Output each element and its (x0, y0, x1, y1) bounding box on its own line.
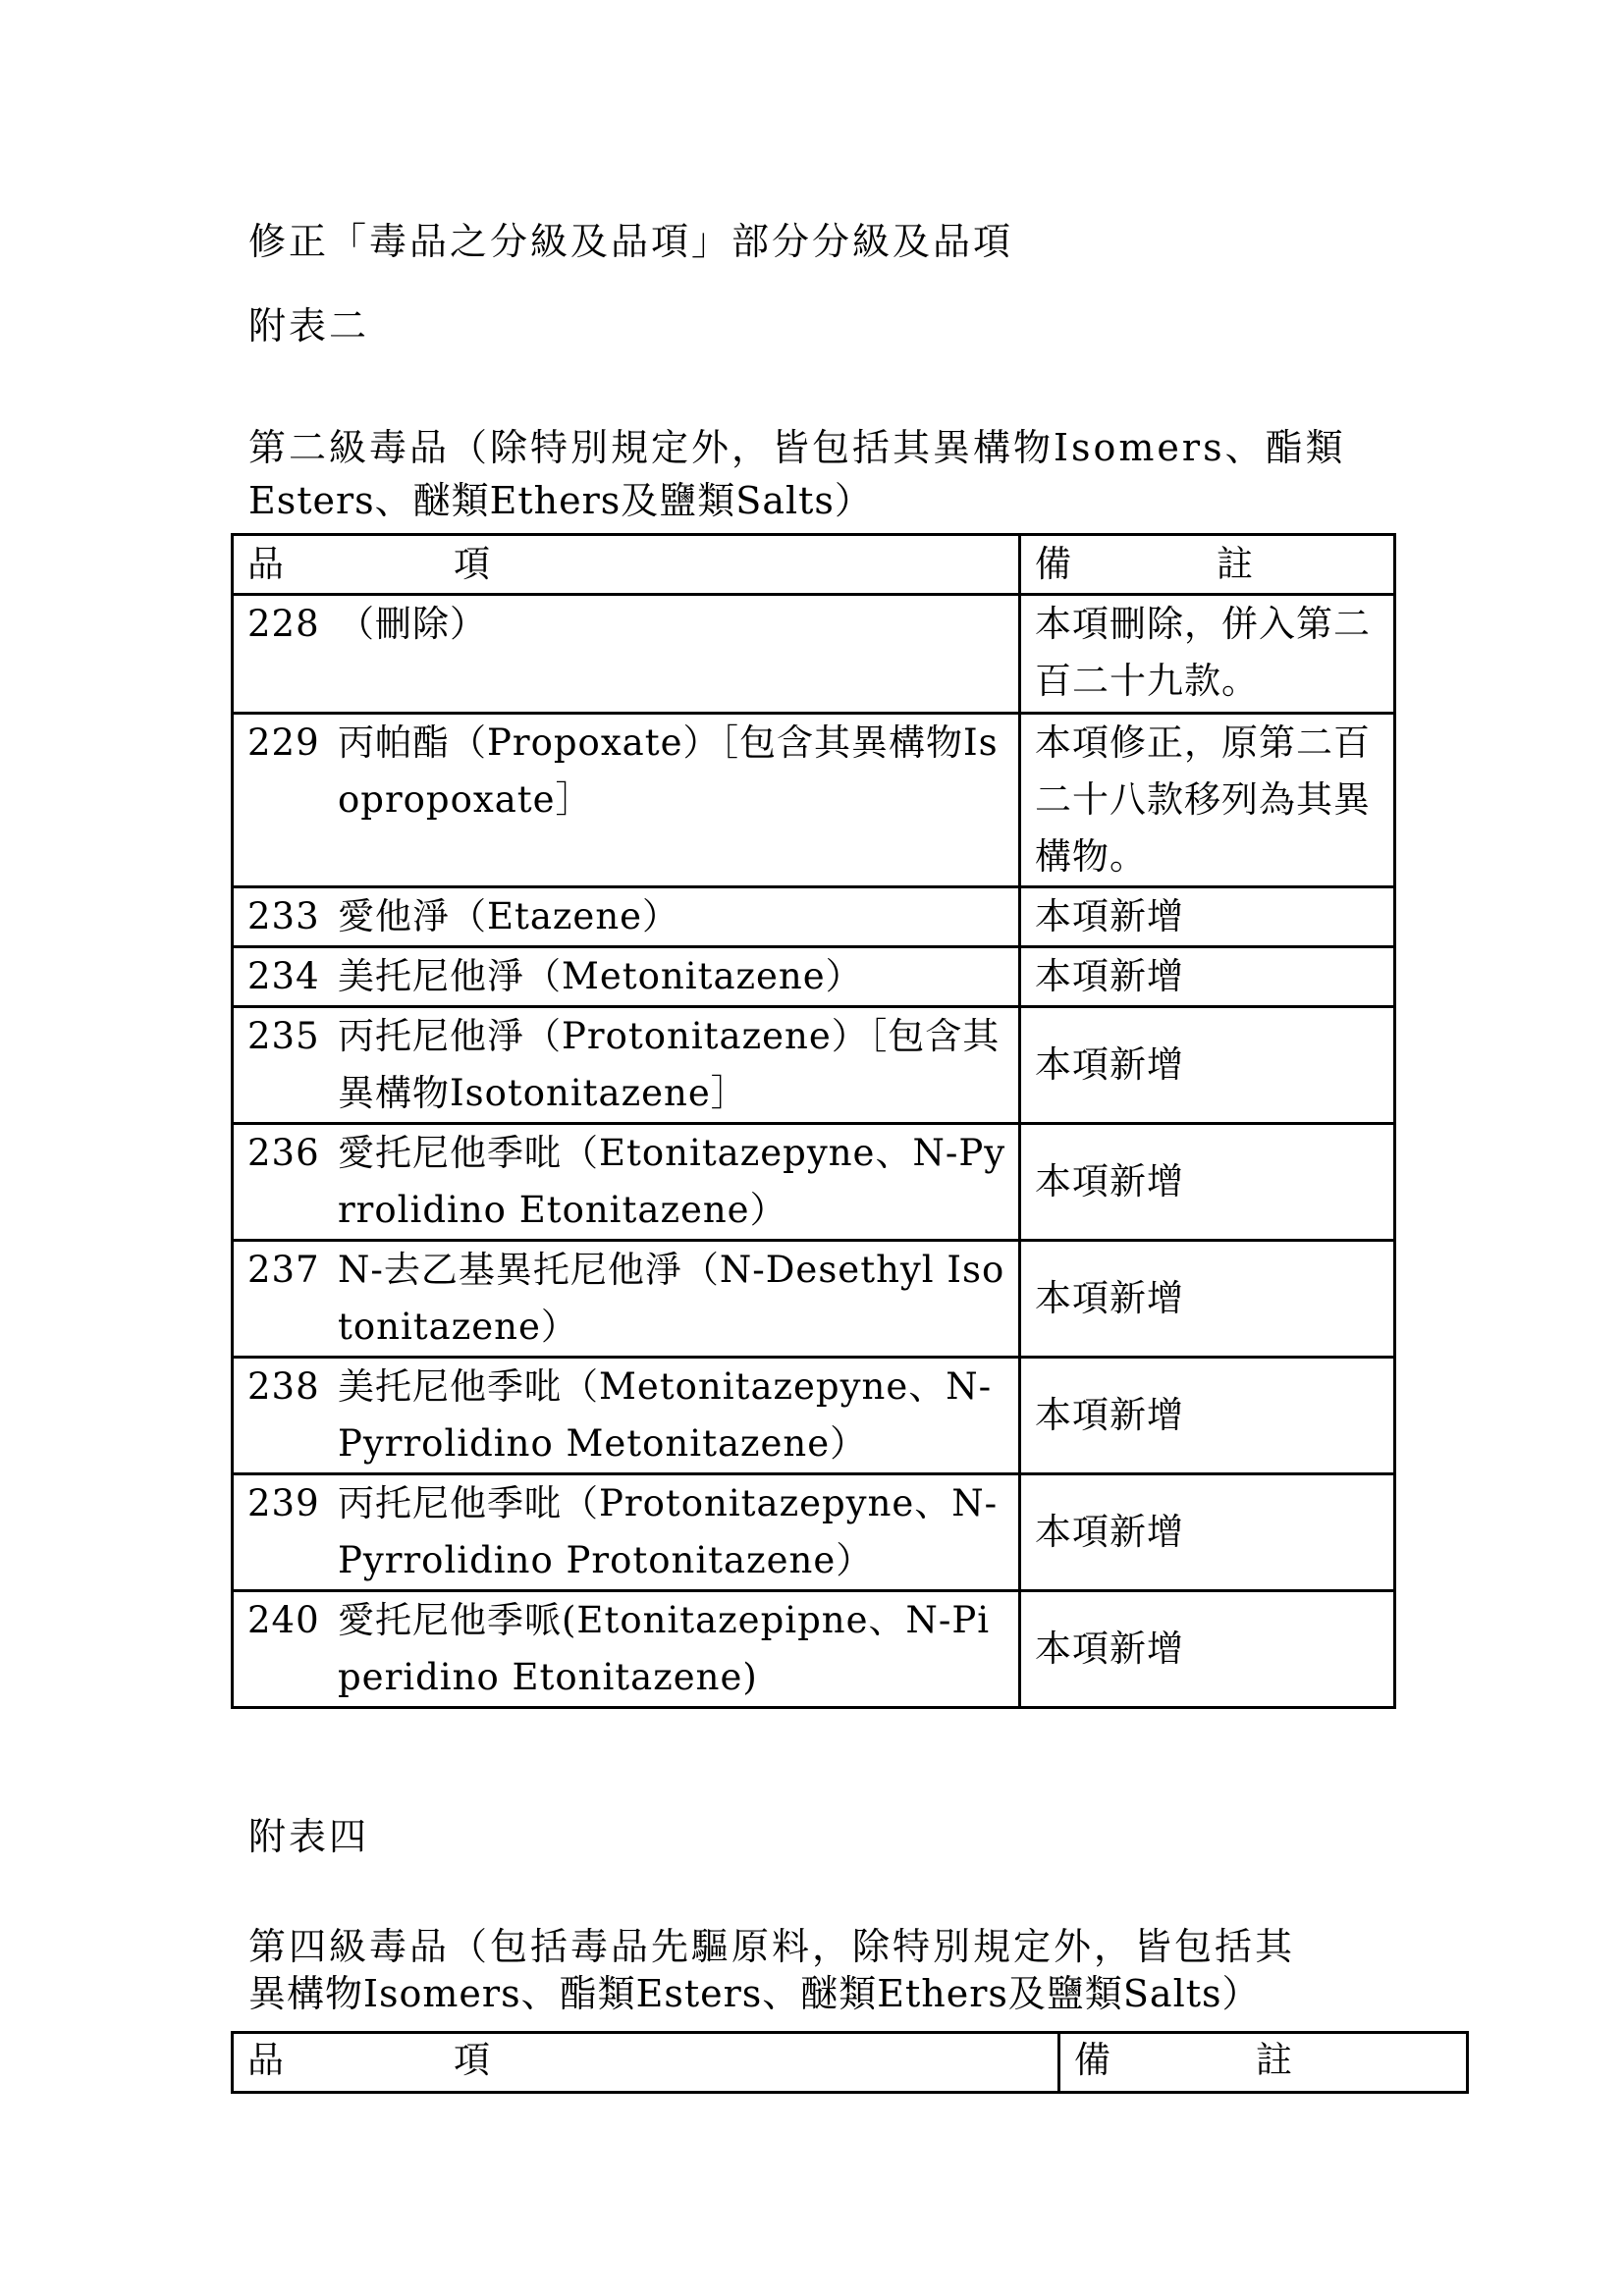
remark-header-char-2: 註 (1256, 2034, 1293, 2087)
remark-header-cell: 備 註 (1059, 2033, 1468, 2093)
remark-text: 本項新增 (1035, 1511, 1184, 1553)
remark-cell: 本項新增 (1020, 1007, 1395, 1124)
item-cell: 233 愛他淨（Etazene） (233, 887, 1020, 947)
item-number: 228 (247, 596, 338, 653)
appendix-4-table: 品 項 備 註 (231, 2031, 1469, 2094)
table-row: 238 美托尼他季吡（Metonitazepyne、N-Pyrrolidino … (233, 1358, 1395, 1474)
table-header-row: 品 項 備 註 (233, 535, 1395, 595)
appendix-2-label: 附表二 (248, 298, 369, 354)
remark-cell: 本項新增 (1020, 1241, 1395, 1358)
remark-header-cell: 備 註 (1020, 535, 1395, 595)
item-number: 233 (247, 888, 338, 945)
item-header-char-1: 品 (247, 2034, 454, 2087)
item-cell: 229 丙帕酯（Propoxate）［包含其異構物Isopropoxate］ (233, 714, 1020, 887)
item-number: 237 (247, 1242, 338, 1356)
remark-cell: 本項刪除，併入第二百二十九款。 (1020, 595, 1395, 714)
remark-text: 本項新增 (1035, 1628, 1184, 1670)
remark-header-char-2: 註 (1217, 536, 1254, 593)
remark-text: 本項修正，原第二百二十八款移列為其異構物。 (1035, 721, 1371, 878)
table-row: 228 （刪除） 本項刪除，併入第二百二十九款。 (233, 595, 1395, 714)
remark-text: 本項新增 (1035, 1394, 1184, 1436)
item-number: 234 (247, 948, 338, 1005)
table-header-row: 品 項 備 註 (233, 2033, 1468, 2093)
remark-cell: 本項新增 (1020, 947, 1395, 1007)
item-header-char-1: 品 (247, 536, 454, 593)
item-number: 238 (247, 1359, 338, 1472)
appendix-4-label: 附表四 (248, 1809, 369, 1865)
remark-text: 本項新增 (1035, 1277, 1184, 1319)
remark-cell: 本項新增 (1020, 1474, 1395, 1591)
table-row: 235 丙托尼他淨（Protonitazene）［包含其異構物Isotonita… (233, 1007, 1395, 1124)
table-row: 237 N-去乙基異托尼他淨（N-Desethyl Isotonitazene）… (233, 1241, 1395, 1358)
item-name: 丙托尼他淨（Protonitazene）［包含其異構物Isotonitazene… (338, 1008, 1008, 1122)
remark-cell: 本項新增 (1020, 1591, 1395, 1708)
remark-header-char-1: 備 (1074, 2034, 1256, 2087)
item-number: 229 (247, 715, 338, 828)
remark-text: 本項刪除，併入第二百二十九款。 (1035, 603, 1371, 702)
appendix-2-table: 品 項 備 註 228 （刪除） 本項刪除，併入第二百二十九款。 229 丙帕酯… (231, 533, 1396, 1709)
remark-cell: 本項新增 (1020, 1124, 1395, 1241)
remark-cell: 本項新增 (1020, 1358, 1395, 1474)
item-name: （刪除） (338, 596, 1008, 653)
item-name: 美托尼他淨（Metonitazene） (338, 948, 1008, 1005)
item-cell: 237 N-去乙基異托尼他淨（N-Desethyl Isotonitazene） (233, 1241, 1020, 1358)
item-number: 236 (247, 1125, 338, 1239)
item-name: 丙帕酯（Propoxate）［包含其異構物Isopropoxate］ (338, 715, 1008, 828)
table-row: 229 丙帕酯（Propoxate）［包含其異構物Isopropoxate］ 本… (233, 714, 1395, 887)
item-number: 235 (247, 1008, 338, 1122)
document-title: 修正「毒品之分級及品項」部分分級及品項 (248, 214, 1013, 270)
remark-text: 本項新增 (1035, 1043, 1184, 1086)
item-cell: 239 丙托尼他季吡（Protonitazepyne、N-Pyrrolidino… (233, 1474, 1020, 1591)
item-cell: 235 丙托尼他淨（Protonitazene）［包含其異構物Isotonita… (233, 1007, 1020, 1124)
item-header-cell: 品 項 (233, 535, 1020, 595)
item-cell: 234 美托尼他淨（Metonitazene） (233, 947, 1020, 1007)
item-header-char-2: 項 (454, 536, 491, 593)
appendix-4-heading-line2: 異構物Isomers、酯類Esters、醚類Ethers及鹽類Salts） (248, 1966, 1261, 2022)
item-cell: 228 （刪除） (233, 595, 1020, 714)
table-row: 239 丙托尼他季吡（Protonitazepyne、N-Pyrrolidino… (233, 1474, 1395, 1591)
table-row: 233 愛他淨（Etazene） 本項新增 (233, 887, 1395, 947)
item-header-cell: 品 項 (233, 2033, 1059, 2093)
appendix-2-heading-line1: 第二級毒品（除特別規定外，皆包括其異構物Isomers、酯類 (248, 420, 1346, 476)
remark-header-char-1: 備 (1035, 536, 1217, 593)
item-name: 愛托尼他季吡（Etonitazepyne、N-Pyrrolidino Etoni… (338, 1125, 1008, 1239)
item-cell: 240 愛托尼他季哌(Etonitazepipne、N-Piperidino E… (233, 1591, 1020, 1708)
remark-cell: 本項修正，原第二百二十八款移列為其異構物。 (1020, 714, 1395, 887)
item-name: 丙托尼他季吡（Protonitazepyne、N-Pyrrolidino Pro… (338, 1475, 1008, 1589)
item-number: 240 (247, 1592, 338, 1706)
item-name: 美托尼他季吡（Metonitazepyne、N-Pyrrolidino Meto… (338, 1359, 1008, 1472)
item-name: 愛托尼他季哌(Etonitazepipne、N-Piperidino Etoni… (338, 1592, 1008, 1706)
table-row: 240 愛托尼他季哌(Etonitazepipne、N-Piperidino E… (233, 1591, 1395, 1708)
appendix-2-heading-line2: Esters、醚類Ethers及鹽類Salts） (248, 473, 873, 529)
item-name: 愛他淨（Etazene） (338, 888, 1008, 945)
remark-text: 本項新增 (1035, 895, 1184, 937)
table-row: 234 美托尼他淨（Metonitazene） 本項新增 (233, 947, 1395, 1007)
remark-text: 本項新增 (1035, 1160, 1184, 1202)
item-number: 239 (247, 1475, 338, 1589)
remark-cell: 本項新增 (1020, 887, 1395, 947)
item-cell: 236 愛托尼他季吡（Etonitazepyne、N-Pyrrolidino E… (233, 1124, 1020, 1241)
item-header-char-2: 項 (454, 2034, 491, 2087)
table-row: 236 愛托尼他季吡（Etonitazepyne、N-Pyrrolidino E… (233, 1124, 1395, 1241)
item-name: N-去乙基異托尼他淨（N-Desethyl Isotonitazene） (338, 1242, 1008, 1356)
item-cell: 238 美托尼他季吡（Metonitazepyne、N-Pyrrolidino … (233, 1358, 1020, 1474)
remark-text: 本項新增 (1035, 955, 1184, 997)
